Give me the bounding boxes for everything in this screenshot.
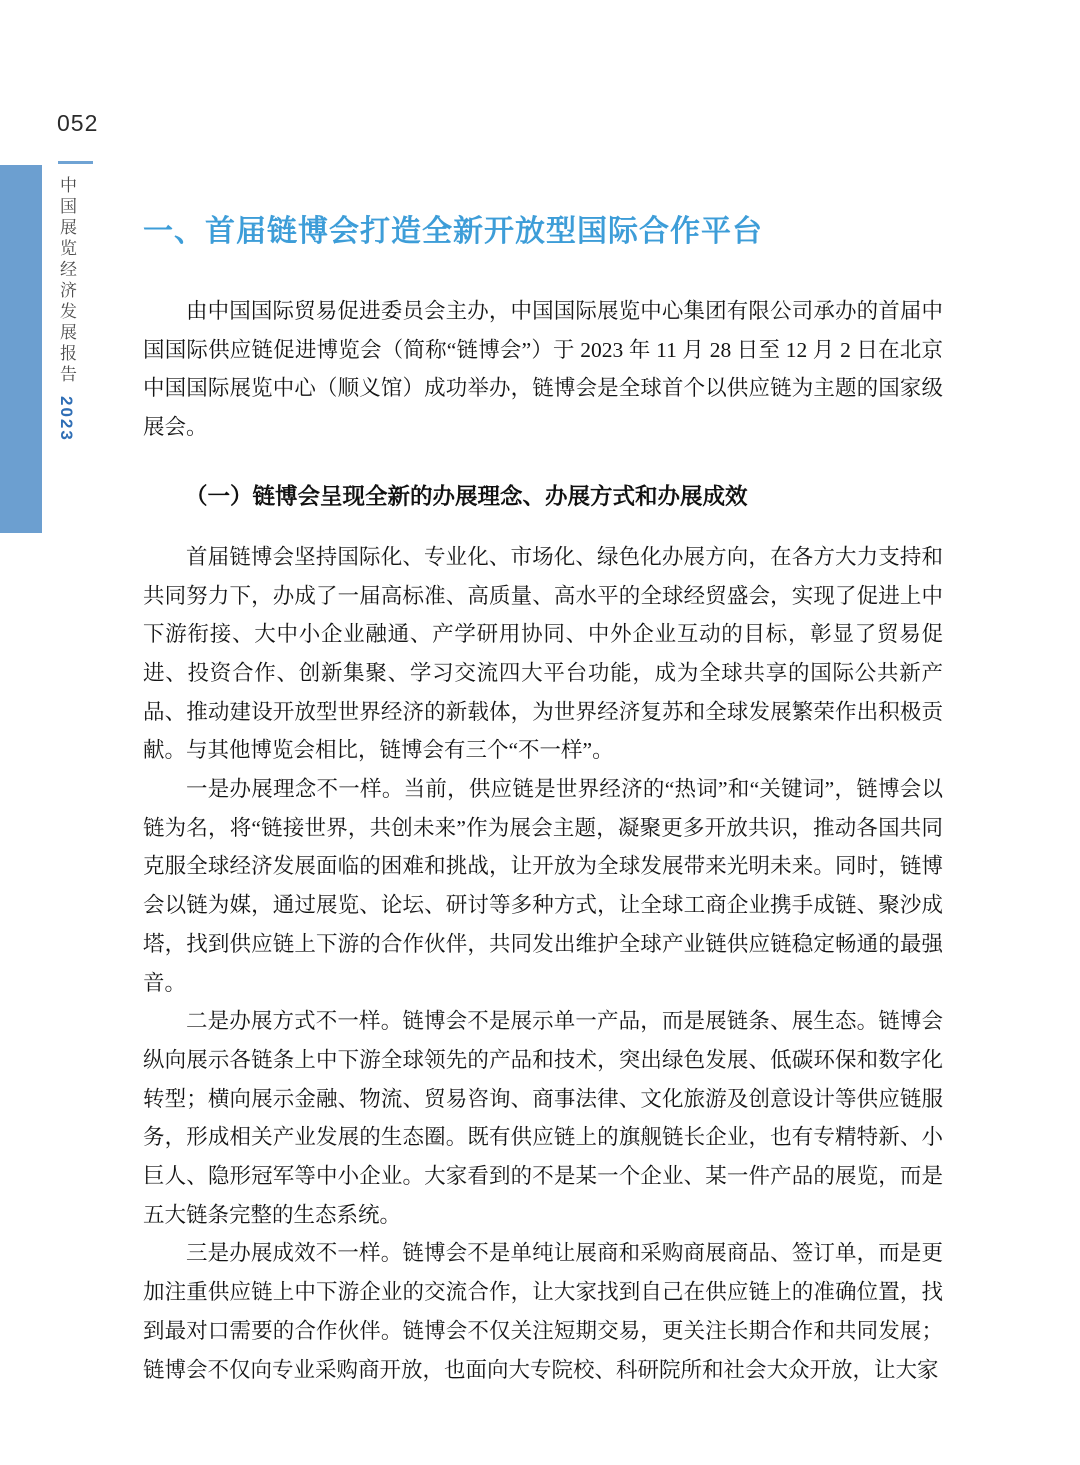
sidebar-report-title: 中国展览经济发展报告: [57, 176, 76, 386]
paragraph-overview: 首届链博会坚持国际化、专业化、市场化、绿色化办展方向，在各方大力支持和共同努力下…: [143, 538, 943, 770]
subsection-heading: （一）链博会呈现全新的办展理念、办展方式和办展成效: [143, 481, 943, 512]
section-heading: 一、首届链博会打造全新开放型国际合作平台: [143, 212, 943, 252]
report-page: 052 中国展览经济发展报告2023 一、首届链博会打造全新开放型国际合作平台 …: [0, 0, 1080, 1465]
page-number: 052: [57, 110, 98, 137]
sidebar-accent-bar: [0, 165, 42, 533]
intro-paragraph: 由中国国际贸易促进委员会主办，中国国际展览中心集团有限公司承办的首届中国国际供应…: [143, 292, 943, 447]
paragraph-results: 三是办展成效不一样。链博会不是单纯让展商和采购商展商品、签订单，而是更加注重供应…: [143, 1234, 943, 1389]
sidebar-vertical-title: 中国展览经济发展报告2023: [54, 176, 79, 596]
paragraph-concept: 一是办展理念不一样。当前，供应链是世界经济的“热词”和“关键词”，链博会以链为名…: [143, 770, 943, 1002]
page-number-rule: [58, 161, 93, 164]
sidebar-report-year: 2023: [57, 396, 76, 442]
main-content: 一、首届链博会打造全新开放型国际合作平台 由中国国际贸易促进委员会主办，中国国际…: [143, 212, 943, 1389]
paragraph-format: 二是办展方式不一样。链博会不是展示单一产品，而是展链条、展生态。链博会纵向展示各…: [143, 1002, 943, 1234]
